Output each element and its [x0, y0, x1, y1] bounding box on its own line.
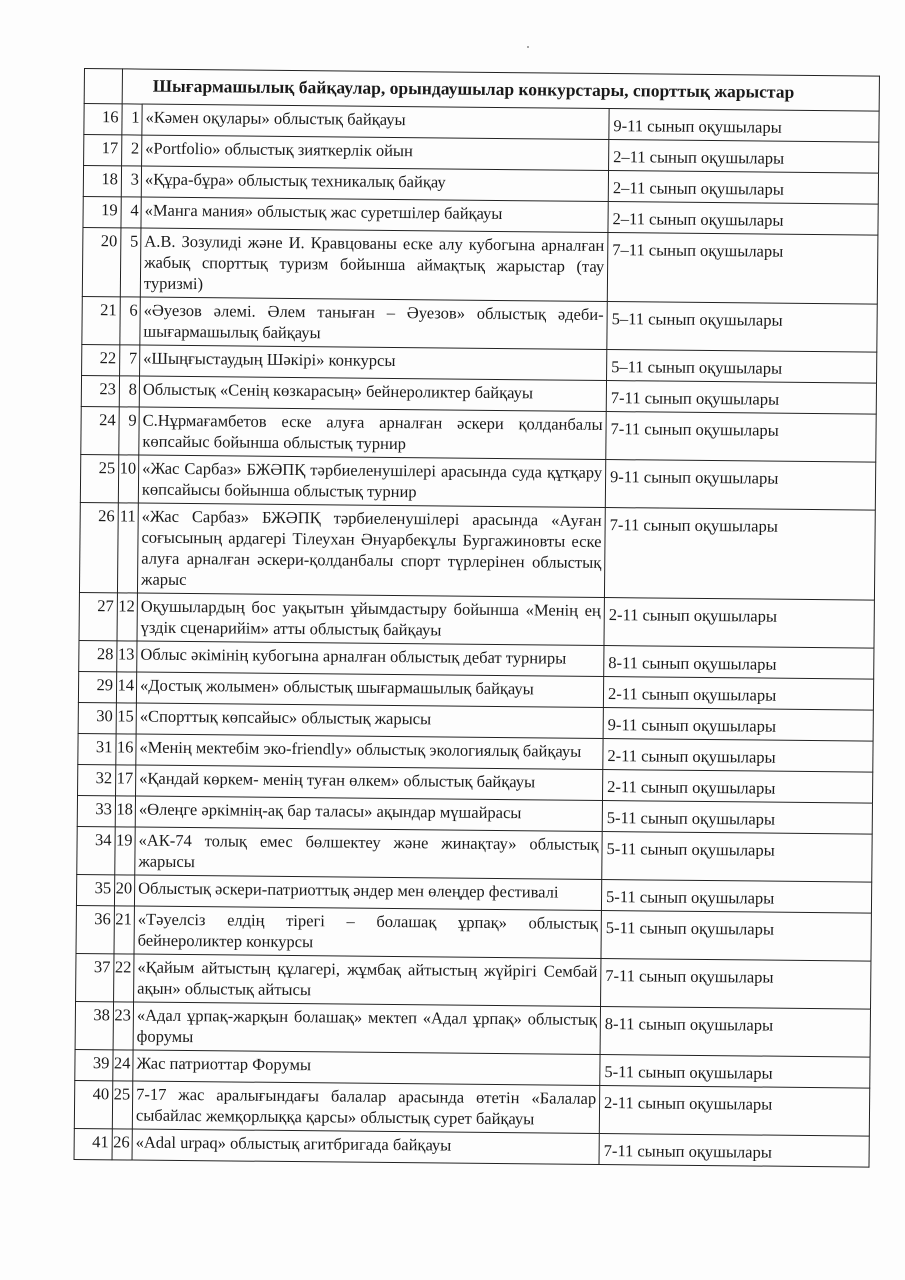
row-section-number: 18: [115, 796, 135, 827]
table-row: 21 6 «Әуезов әлемі. Әлем танығaн – Әуезо…: [82, 296, 877, 352]
event-audience: 7-11 сынып оқушылары: [604, 508, 875, 601]
row-global-number: 21: [82, 296, 120, 344]
event-audience: 5–11 сынып оқушылары: [607, 302, 877, 353]
row-section-number: 7: [120, 345, 140, 376]
events-table: Шығармашылық байқаулар, орындаушылар кон…: [74, 68, 880, 1168]
row-section-number: 9: [119, 407, 139, 455]
event-audience: 7-11 сынып оқушылары: [599, 1133, 869, 1167]
event-name: Облыстық «Сенің көзкарасың» бейнероликте…: [139, 376, 606, 411]
event-name: Облыс әкімінің кубогына арналған облысты…: [137, 641, 604, 676]
event-name: «Кәмен оқулары» облыстық байқауы: [142, 104, 609, 139]
row-section-number: 10: [118, 455, 138, 503]
row-section-number: 21: [114, 906, 134, 954]
event-audience: 9-11 сынып оқушылары: [603, 708, 873, 742]
event-name: А.В. Зозулиді және И. Кравцованы еске ал…: [140, 228, 608, 301]
row-global-number: 38: [75, 1001, 113, 1049]
event-audience: 8-11 сынып оқушылары: [604, 646, 874, 680]
event-name: «Әуезов әлемі. Әлем танығaн – Әуезов» об…: [140, 297, 607, 349]
event-audience: 2–11 сынып оқушылары: [609, 140, 879, 174]
event-name: «Тәуелсіз елдің тірегі – болашақ ұрпақ» …: [134, 906, 601, 958]
table-row: 20 5 А.В. Зозулиді және И. Кравцованы ес…: [82, 227, 878, 304]
event-name: «Жас Сарбаз» БЖӘПҚ тәрбиеленушілері арас…: [137, 503, 605, 597]
row-global-number: 23: [81, 375, 119, 406]
event-audience: 2–11 сынып оқушылары: [608, 202, 878, 236]
row-section-number: 16: [116, 734, 136, 765]
row-global-number: 27: [79, 592, 117, 640]
event-name: Жас патриоттар Форумы: [133, 1050, 600, 1085]
event-audience: 2-11 сынып оқушылары: [603, 677, 873, 711]
table-row: 26 11 «Жас Сарбаз» БЖӘПҚ тәрбиеленушілер…: [79, 502, 875, 600]
event-audience: 5-11 сынып оқушылары: [601, 911, 871, 962]
events-table-wrapper: Шығармашылық байқаулар, орындаушылар кон…: [74, 68, 879, 1168]
event-name: «Адал ұрпақ-жарқын болашақ» мектеп «Адал…: [133, 1002, 600, 1054]
event-name: «Өлеңге әркімнің-ақ бар таласы» ақындар …: [135, 796, 602, 831]
event-audience: 8-11 сынып оқушылары: [600, 1007, 870, 1058]
event-audience: 5-11 сынып оқушылары: [600, 1054, 870, 1088]
row-global-number: 26: [79, 502, 118, 592]
row-section-number: 22: [114, 954, 134, 1002]
row-section-number: 25: [112, 1081, 132, 1129]
row-section-number: 19: [115, 827, 135, 875]
event-name: «АК-74 толық емес бөлшектеу және жинақта…: [135, 827, 602, 879]
event-name: «Adal urpaq» облыстық агитбригада байқау…: [132, 1129, 599, 1164]
event-name: «Спорттық көпсайыс» облыстық жарысы: [136, 703, 603, 738]
row-section-number: 17: [116, 765, 136, 796]
row-section-number: 24: [113, 1050, 133, 1081]
table-row: 40 25 7-17 жас аралығындағы балалар арас…: [74, 1080, 869, 1136]
event-audience: 5-11 сынып оқушылары: [601, 880, 871, 914]
event-audience: 2–11 сынып оқушылары: [608, 171, 878, 205]
row-global-number: 22: [82, 344, 120, 375]
event-name: «Жас Сарбаз» БЖӘПҚ тәрбиеленушілері арас…: [138, 455, 605, 507]
row-section-number: 5: [120, 228, 141, 297]
row-global-number: 32: [78, 764, 116, 795]
row-global-number: 39: [75, 1049, 113, 1080]
row-section-number: 2: [122, 135, 142, 166]
row-section-number: 13: [117, 641, 137, 672]
row-global-number: 18: [83, 166, 121, 197]
table-row: 27 12 Оқушылардың бос уақытын ұйымдастыр…: [79, 592, 874, 648]
row-section-number: 8: [119, 376, 139, 407]
row-section-number: 12: [117, 593, 137, 641]
event-audience: 7–11 сынып оқушылары: [607, 233, 878, 305]
event-name: «Шыңғыстаудың Шәкірі» конкурсы: [140, 345, 607, 380]
event-name: С.Нұрмағамбетов еске алуға арналған әске…: [139, 407, 606, 459]
row-global-number: 29: [78, 671, 116, 702]
table-row: 36 21 «Тәуелсіз елдің тірегі – болашақ ұ…: [76, 905, 871, 961]
table-row: 37 22 «Қайым айтыстың құлагері, жұмбақ а…: [76, 953, 871, 1009]
event-name: Облыстық әскери-патриоттық әндер мен өле…: [134, 875, 601, 910]
event-audience: 7-11 сынып оқушылары: [601, 959, 871, 1010]
row-global-number: 34: [77, 826, 115, 874]
row-section-number: 3: [121, 166, 141, 197]
row-global-number: 25: [80, 454, 118, 502]
row-global-number: 36: [76, 905, 114, 953]
event-audience: 5-11 сынып оқушылары: [602, 801, 872, 835]
row-section-number: 1: [122, 104, 142, 135]
row-global-number: 31: [78, 733, 116, 764]
row-section-number: 20: [114, 875, 134, 906]
event-name: «Менің мектебім эко-friendly» облыстық э…: [136, 734, 603, 769]
event-audience: 5–11 сынып оқушылары: [607, 350, 877, 384]
row-global-number: 19: [83, 196, 121, 227]
event-name: «Құра-бұра» облыстық техникалық байқау: [141, 166, 608, 201]
row-global-number: 40: [74, 1080, 112, 1128]
row-section-number: 4: [121, 197, 141, 228]
row-section-number: 6: [120, 297, 140, 345]
scan-speck: [527, 46, 529, 48]
event-name: «Portfolio» облыстық зияткерлік ойын: [142, 135, 609, 170]
table-row: 34 19 «АК-74 толық емес бөлшектеу және ж…: [77, 826, 872, 882]
row-global-number: 20: [82, 227, 121, 296]
event-audience: 2-11 сынып оқушылары: [604, 598, 874, 649]
event-name: «Қайым айтыстың құлагері, жұмбақ айтысты…: [134, 954, 601, 1006]
event-audience: 5-11 сынып оқушылары: [602, 832, 872, 883]
row-global-number: 30: [78, 702, 116, 733]
event-name: «Манга мания» облыстық жас суретшілер ба…: [141, 197, 608, 232]
row-section-number: 23: [113, 1002, 133, 1050]
event-audience: 2-11 сынып оқушылары: [602, 770, 872, 804]
row-section-number: 14: [116, 672, 136, 703]
scanned-page: Шығармашылық байқаулар, орындаушылар кон…: [0, 0, 905, 1280]
row-global-number: 17: [84, 135, 122, 166]
row-section-number: 15: [116, 703, 136, 734]
row-section-number: 26: [112, 1129, 132, 1160]
row-global-number: 28: [79, 640, 117, 671]
event-audience: 2-11 сынып оқушылары: [603, 739, 873, 773]
event-name: Оқушылардың бос уақытын ұйымдастыру бойы…: [137, 593, 604, 645]
event-name: «Қандай көркем- менің туған өлкем» облыс…: [136, 765, 603, 800]
row-global-number: 24: [81, 406, 119, 454]
event-name: «Достық жолымен» облыстық шығармашылық б…: [136, 672, 603, 707]
event-audience: 9-11 сынып оқушылары: [605, 460, 875, 511]
table-row: 25 10 «Жас Сарбаз» БЖӘПҚ тәрбиеленушілер…: [80, 454, 875, 510]
row-global-number: 16: [84, 104, 122, 135]
row-global-number: 41: [74, 1128, 112, 1159]
event-audience: 9-11 сынып оқушылары: [609, 109, 879, 143]
event-audience: 2-11 сынып оқушылары: [599, 1085, 869, 1136]
table-row: 38 23 «Адал ұрпақ-жарқын болашақ» мектеп…: [75, 1001, 870, 1057]
event-audience: 7-11 сынып оқушылары: [606, 381, 876, 415]
event-audience: 7-11 сынып оқушылары: [606, 412, 876, 463]
row-global-number: 35: [76, 874, 114, 905]
table-row: 41 26 «Adal urpaq» облыстық агитбригада …: [74, 1128, 869, 1167]
row-section-number: 11: [117, 503, 138, 593]
event-name: 7-17 жас аралығындағы балалар арасында ө…: [132, 1081, 599, 1133]
table-row: 24 9 С.Нұрмағамбетов еске алуға арналған…: [81, 406, 876, 462]
row-global-number: 37: [76, 953, 114, 1001]
section-empty-cell: [84, 69, 122, 104]
row-global-number: 33: [77, 795, 115, 826]
